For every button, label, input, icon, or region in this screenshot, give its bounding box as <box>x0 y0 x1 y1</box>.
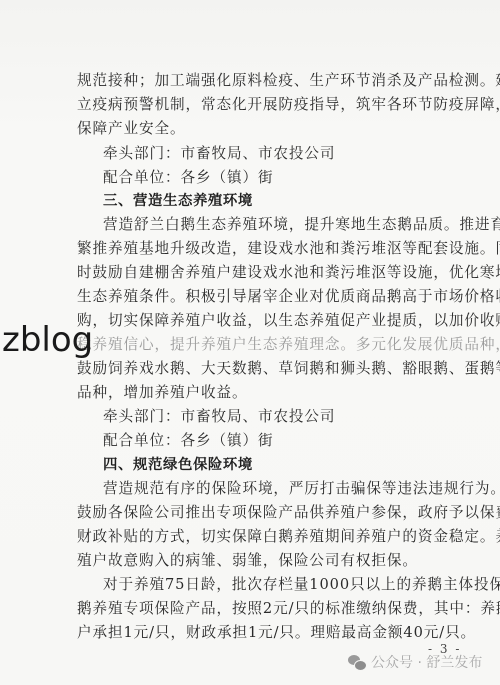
text-line: 财政补贴的方式，切实保障白鹅养殖期间养殖户的资金稳定。养 <box>77 528 477 546</box>
text-line: 繁推养殖基地升级改造，建设戏水池和粪污堆沤等配套设施。同 <box>77 240 477 258</box>
text-line: 牵头部门：市畜牧局、市农投公司 <box>103 145 500 163</box>
text-line: 保障产业安全。 <box>77 120 477 138</box>
text-line: 鹅养殖专项保险产品，按照2元/只的标准缴纳保费，其中：养鹅 <box>77 600 477 618</box>
wechat-account-label: 公众号 · 舒兰发布 <box>371 652 482 672</box>
wechat-account-watermark: 公众号 · 舒兰发布 <box>348 652 482 672</box>
text-line: 鼓励各保险公司推出专项保险产品供养殖户参保，政府予以保费 <box>77 504 477 522</box>
text-line: 户承担1元/只，财政承担1元/只。理赔最高金额40元/只。 <box>77 624 477 642</box>
text-line: 殖户故意购入的病雏、弱雏，保险公司有权拒保。 <box>77 552 477 570</box>
text-line: 营造规范有序的保险环境，严厉打击骗保等违法违规行为。 <box>103 480 500 498</box>
text-line: 牵头部门：市畜牧局、市农投公司 <box>103 408 500 426</box>
text-line: 时鼓励自建棚舍养殖户建设戏水池和粪污堆沤等设施，优化寒地 <box>77 264 477 282</box>
text-line: 购，切实保障养殖户收益，以生态养殖促产业提质，以加价收购 <box>77 312 477 330</box>
text-line: 对于养殖75日龄，批次存栏量1000只以上的养鹅主体投保白 <box>103 576 500 594</box>
zblog-watermark: zblog <box>2 320 93 360</box>
text-line: 立疫病预警机制，常态化开展防疫指导，筑牢各环节防疫屏障， <box>77 96 477 114</box>
text-line: 营造舒兰白鹅生态养殖环境，提升寒地生态鹅品质。推进育 <box>103 216 500 234</box>
text-line: 稳养殖信心，提升养殖户生态养殖理念。多元化发展优质品种， <box>77 336 477 354</box>
text-line: 生态养殖条件。积极引导屠宰企业对优质商品鹅高于市场价格收 <box>77 288 477 306</box>
section-heading: 三、营造生态养殖环境 <box>103 192 500 210</box>
text-line: 规范接种；加工端强化原料检疫、生产环节消杀及产品检测。建 <box>77 72 477 90</box>
section-heading: 四、规范绿色保险环境 <box>103 456 500 474</box>
wechat-icon <box>348 655 366 670</box>
text-line: 品种，增加养殖户收益。 <box>77 384 477 402</box>
text-line: 配合单位：各乡（镇）街 <box>103 432 500 450</box>
text-line: 配合单位：各乡（镇）街 <box>103 169 500 187</box>
text-line: 鼓励饲养戏水鹅、大天数鹅、草饲鹅和狮头鹅、豁眼鹅、蛋鹅等 <box>77 360 477 378</box>
document-page: 规范接种；加工端强化原料检疫、生产环节消杀及产品检测。建立疫病预警机制，常态化开… <box>0 0 500 685</box>
